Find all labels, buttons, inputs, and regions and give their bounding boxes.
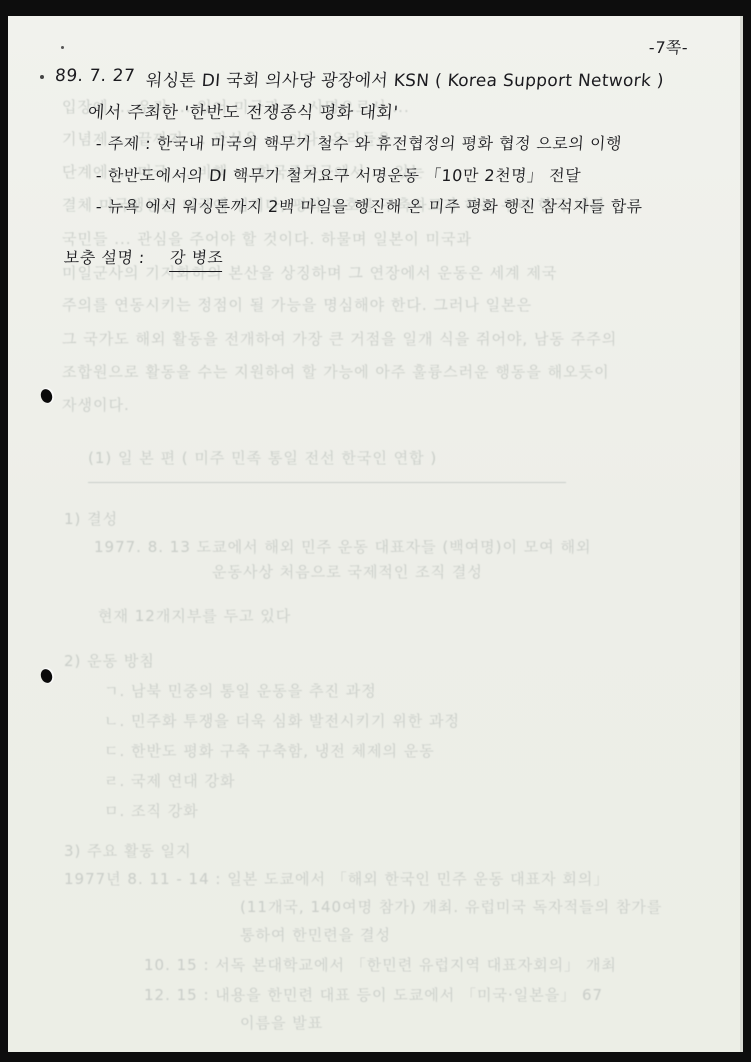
entry-detail-march: - 뉴욕 에서 워싱톤까지 2백 마일을 행진해 온 미주 평화 행진 참석자들… (95, 194, 643, 217)
bleed-through-line: 그 국가도 해외 활동을 전개하여 가장 큰 거점을 일개 식을 쥐어야, 남동… (62, 328, 617, 349)
bleed-through-item: ㄹ. 국제 연대 강화 (104, 770, 236, 791)
bleed-through-item: 1977년 8. 11 - 14 : 일본 도쿄에서 「해외 한국인 민주 운동… (64, 868, 609, 889)
paper-page: 입장에 ... 우리 ... 있어 미국과 ... 사명으로서 ... 기념제 … (8, 16, 743, 1052)
scanned-document: 입장에 ... 우리 ... 있어 미국과 ... 사명으로서 ... 기념제 … (0, 0, 751, 1062)
bleed-through-line: 자생이다. (62, 394, 130, 415)
bleed-through-line: 조합원으로 활동을 수는 지원하여 할 가능에 아주 훌륭스러운 행동을 해오듯… (62, 361, 610, 382)
entry-detail-petition: - 한반도에서의 DI 핵무기 철거요구 서명운동 「10만 2천명」 전달 (95, 163, 582, 186)
punch-hole (39, 388, 54, 405)
bleed-through-item: ㄱ. 남북 민중의 통일 운동을 추진 과정 (104, 680, 377, 701)
entry-date: 89. 7. 27 (54, 66, 136, 86)
supplement-label: 보충 설명 : (63, 245, 145, 268)
bleed-through-item: 10. 15 : 서독 본대학교에서 「한민련 유럽지역 대표자회의」 개최 (144, 954, 617, 975)
supplement-name: 강 병조 (169, 245, 224, 272)
pen-mark (61, 46, 64, 49)
bleed-through-item: 현재 12개지부를 두고 있다 (98, 605, 291, 626)
punch-hole (39, 668, 54, 685)
bleed-through-item: (11개국, 140여명 참가) 개최. 유럽미국 독자적들의 참가를 (240, 896, 662, 917)
bleed-through-item: 운동사상 처음으로 국제적인 조직 결성 (212, 561, 483, 582)
entry-headline-continued: 에서 주최한 '한반도 전쟁종식 평화 대회' (87, 98, 399, 123)
bleed-through-item: 12. 15 : 내용을 한민련 대표 등이 도쿄에서 「미국·일본을」 67 (144, 984, 603, 1005)
bleed-through-item: ㄴ. 민주화 투쟁을 더욱 심화 발전시키기 위한 과정 (104, 710, 460, 731)
bleed-through-line: 주의를 연동시키는 정점이 될 가능을 명심해야 한다. 그러나 일본은 (62, 294, 532, 315)
bleed-through-item: ㅁ. 조직 강화 (104, 800, 199, 821)
entry-headline: 워싱톤 DI 국회 의사당 광장에서 KSN ( Korea Support N… (145, 66, 665, 91)
bleed-through-item: 이름을 발표 (240, 1012, 323, 1033)
bleed-through-item: 1) 결성 (64, 508, 118, 529)
page-number: -7쪽- (648, 35, 689, 58)
entry-detail-theme: - 주제 : 한국내 미국의 핵무기 철수 와 휴전협정의 평화 협정 으로의 … (95, 131, 623, 154)
bullet-icon (40, 75, 44, 79)
bleed-through-section-title: (1) 일 본 편 ( 미주 민족 통일 전선 한국인 연합 ) (88, 447, 566, 483)
bleed-through-item: 통하여 한민련을 결성 (240, 924, 391, 945)
bleed-through-item: 3) 주요 활동 일지 (64, 840, 192, 861)
bleed-through-item: 1977. 8. 13 도쿄에서 해외 민주 운동 대표자들 (백여명)이 모여… (94, 536, 592, 557)
bleed-through-item: ㄷ. 한반도 평화 구축 구축함, 냉전 체제의 운동 (104, 740, 435, 761)
bleed-through-item: 2) 운동 방침 (64, 650, 155, 671)
